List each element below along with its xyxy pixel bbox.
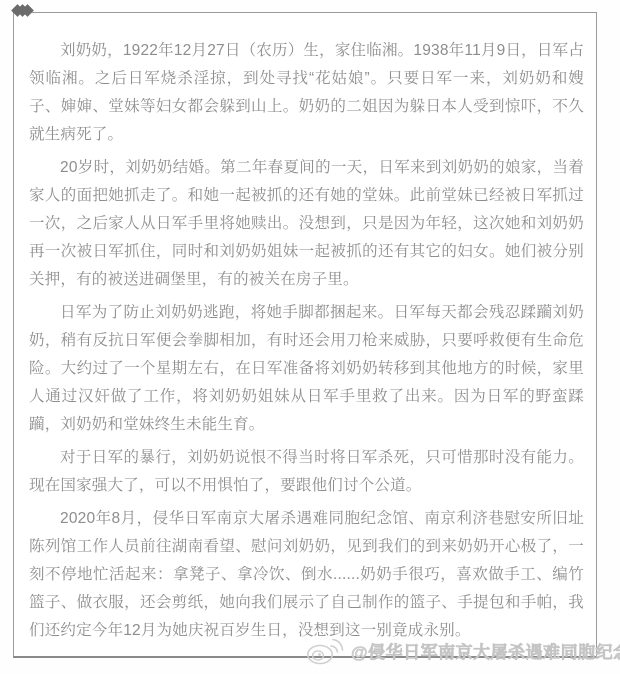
weibo-icon [306,634,346,666]
paragraph-captivity-and-rescue: 日军为了防止刘奶奶逃跑，将她手脚都捆起来。日军每天都会残忍蹂躏刘奶奶，稍有反抗日… [29,299,584,439]
weibo-image-post: 刘奶奶，1922年12月27日（农历）生，家住临湘。1938年11月9日，日军占… [0,0,620,674]
paragraph-marriage-and-capture: 20岁时，刘奶奶结婚。第二年春夏间的一天，日军来到刘奶奶的娘家，当着家人的面把她… [29,154,584,294]
paragraph-birth-and-occupation: 刘奶奶，1922年12月27日（农历）生，家住临湘。1938年11月9日，日军占… [29,37,584,149]
article-text-box: 刘奶奶，1922年12月27日（农历）生，家住临湘。1938年11月9日，日军占… [13,12,597,658]
watermark-account-handle: @侵华日军南京大屠杀遇难同胞纪念馆 [351,638,620,663]
paragraph-seeking-justice: 对于日军的暴行，刘奶奶说恨不得当时将日军杀死，只可惜那时没有能力。现在国家强大了… [29,444,584,500]
paragraph-2020-visit: 2020年8月，侵华日军南京大屠杀遇难同胞纪念馆、南京利济巷慰安所旧址陈列馆工作… [29,505,584,645]
watermark: @侵华日军南京大屠杀遇难同胞纪念馆 [306,634,620,666]
staple-diamonds-decoration [13,6,28,15]
